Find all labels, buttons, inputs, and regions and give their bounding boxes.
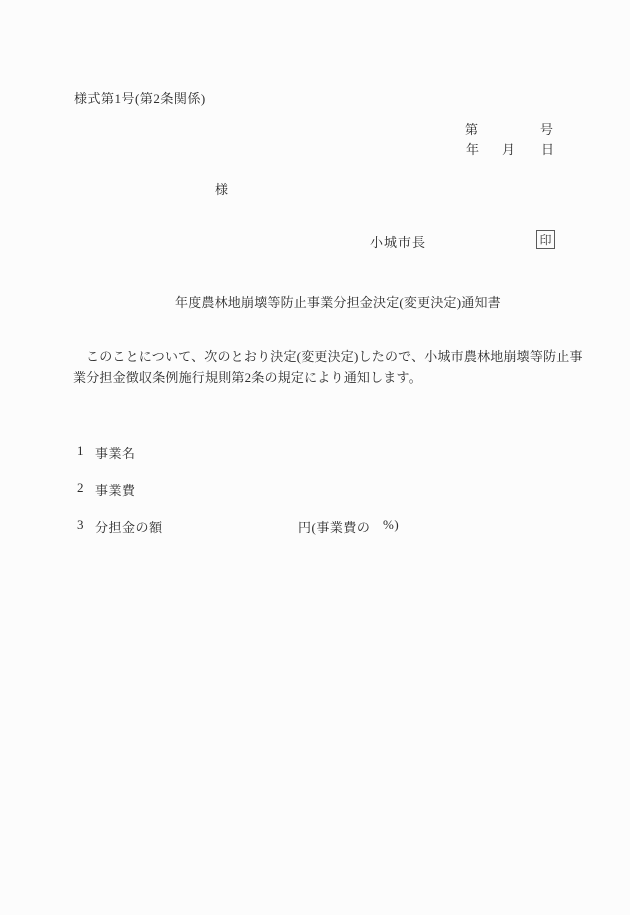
item-label-contribution-amount: 分担金の額 (95, 517, 163, 536)
document-title: 年度農林地崩壊等防止事業分担金決定(変更決定)通知書 (175, 292, 501, 311)
doc-number-prefix: 第 (465, 119, 478, 138)
addressee-honorific: 様 (215, 179, 228, 198)
date-year-label: 年 (466, 139, 479, 158)
form-style-label: 様式第1号(第2条関係) (74, 88, 206, 107)
item-unit-yen-label: 円(事業費の (298, 517, 370, 536)
date-day-label: 日 (541, 139, 554, 158)
notice-body-paragraph: このことについて、次のとおり決定(変更決定)したので、小城市農林地崩壊等防止事業… (73, 346, 589, 388)
item-percent-label: %) (383, 517, 399, 533)
document-page: 様式第1号(第2条関係) 第 号 年 月 日 様 小城市長 印 年度農林地崩壊等… (0, 0, 630, 915)
date-month-label: 月 (502, 139, 515, 158)
item-number: 1 (77, 443, 84, 459)
item-row-contribution-amount: 3 分担金の額 円(事業費の %) (0, 517, 630, 535)
item-number: 2 (77, 480, 84, 496)
seal-stamp-box: 印 (536, 230, 555, 249)
doc-number-suffix: 号 (540, 119, 553, 138)
item-label-project-name: 事業名 (95, 443, 136, 462)
sender-title: 小城市長 (370, 232, 426, 251)
item-number: 3 (77, 517, 84, 533)
item-row-project-name: 1 事業名 (0, 443, 630, 461)
item-row-project-cost: 2 事業費 (0, 480, 630, 498)
item-label-project-cost: 事業費 (95, 480, 136, 499)
